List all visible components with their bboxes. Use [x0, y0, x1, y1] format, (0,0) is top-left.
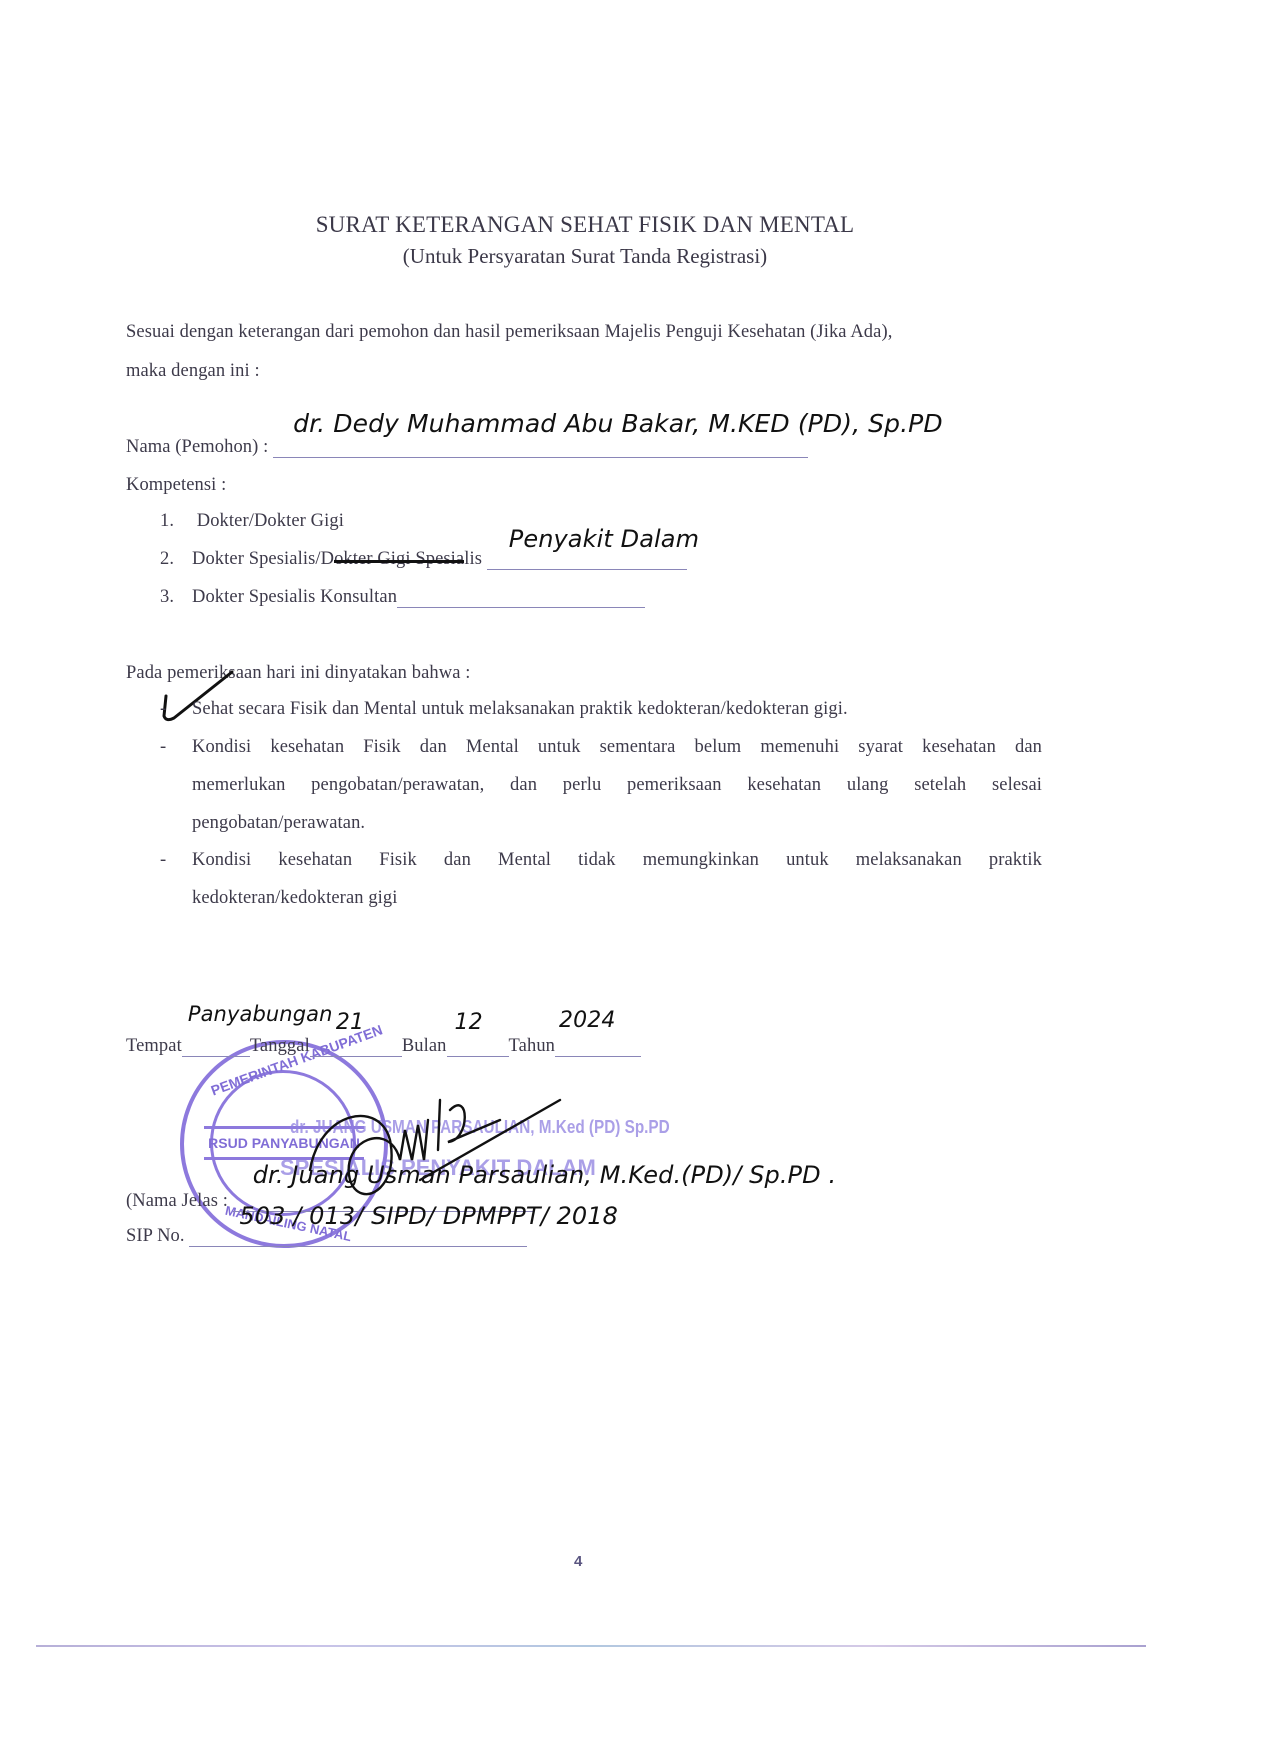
consultant-field[interactable]	[397, 587, 645, 608]
finding-item-2: - Kondisi kesehatan Fisik dan Mental unt…	[160, 737, 1042, 834]
competence-text-prefix: Dokter Spesialis/D	[192, 549, 334, 569]
place-value: Panyabungan	[188, 1002, 333, 1026]
month-label: Bulan	[402, 1036, 447, 1056]
document-subtitle: (Untuk Persyaratan Surat Tanda Registras…	[0, 244, 1170, 269]
month-field[interactable]: 12	[447, 1036, 509, 1057]
finding-text-line: Kondisi kesehatan Fisik dan Mental untuk…	[192, 737, 1042, 758]
competence-text-suffix: lis	[464, 549, 482, 569]
finding-text-line: Kondisi kesehatan Fisik dan Mental tidak…	[192, 850, 1042, 871]
year-value: 2024	[559, 1008, 615, 1033]
finding-text-line: kedokteran/kedokteran gigi	[192, 888, 1042, 909]
competence-text: Dokter Spesialis Konsultan	[192, 587, 397, 607]
finding-bullet: -	[160, 737, 166, 758]
place-field[interactable]: Panyabungan	[182, 1036, 250, 1057]
finding-bullet: -	[160, 850, 166, 871]
document-title: SURAT KETERANGAN SEHAT FISIK DAN MENTAL	[0, 212, 1170, 238]
year-label: Tahun	[509, 1036, 555, 1056]
sip-row: SIP No. 503 / 013/ SIPD/ DPMPPT/ 2018	[126, 1226, 527, 1247]
competence-item-2: 2.Dokter Spesialis/Dokter Gigi Spesialis…	[160, 549, 687, 570]
year-field[interactable]: 2024	[555, 1036, 641, 1057]
applicant-label: Nama (Pemohon) :	[126, 437, 268, 457]
applicant-row: Nama (Pemohon) : dr. Dedy Muhammad Abu B…	[126, 435, 808, 458]
finding-text-line: memerlukan pengobatan/perawatan, dan per…	[192, 775, 1042, 796]
date-label: Tanggal	[250, 1036, 310, 1056]
sip-value: 503 / 013/ SIPD/ DPMPPT/ 2018	[239, 1202, 618, 1230]
footer-rule	[36, 1645, 1146, 1647]
place-label: Tempat	[126, 1036, 182, 1056]
competence-label: Kompetensi :	[126, 475, 226, 496]
competence-num: 2.	[160, 549, 192, 570]
date-value: 21	[336, 1010, 364, 1035]
name-value: dr. Juang Usman Parsaulian, M.Ked.(PD)/ …	[253, 1161, 836, 1189]
sip-label: SIP No.	[126, 1226, 185, 1246]
date-row: TempatPanyabunganTanggal21Bulan12Tahun20…	[126, 1036, 641, 1057]
competence-num: 3.	[160, 587, 192, 608]
intro-line-1: Sesuai dengan keterangan dari pemohon da…	[126, 322, 1046, 343]
finding-text: Sehat secara Fisik dan Mental untuk mela…	[192, 699, 848, 719]
specialty-field[interactable]: Penyakit Dalam	[487, 549, 687, 570]
intro-line-2: maka dengan ini :	[126, 361, 260, 382]
finding-text-line: pengobatan/perawatan.	[192, 813, 1042, 834]
sip-field[interactable]: 503 / 013/ SIPD/ DPMPPT/ 2018	[189, 1226, 527, 1247]
month-value: 12	[455, 1010, 483, 1035]
applicant-value: dr. Dedy Muhammad Abu Bakar, M.KED (PD),…	[293, 409, 1033, 438]
struck-text: okter Gigi Spesia	[334, 549, 464, 569]
competence-num: 1.	[160, 511, 192, 532]
specialty-value: Penyakit Dalam	[509, 525, 699, 553]
name-label: (Nama Jelas :	[126, 1191, 228, 1211]
applicant-field[interactable]: dr. Dedy Muhammad Abu Bakar, M.KED (PD),…	[273, 435, 808, 458]
finding-bullet: -	[160, 699, 192, 720]
finding-item-3: - Kondisi kesehatan Fisik dan Mental tid…	[160, 850, 1042, 909]
competence-item-3: 3.Dokter Spesialis Konsultan	[160, 587, 645, 608]
competence-item-1: 1. Dokter/Dokter Gigi	[160, 511, 344, 532]
finding-item-1: -Sehat secara Fisik dan Mental untuk mel…	[160, 699, 848, 720]
date-field[interactable]: 21	[310, 1036, 402, 1057]
competence-text: Dokter/Dokter Gigi	[197, 511, 344, 531]
page-number: 4	[574, 1553, 582, 1570]
